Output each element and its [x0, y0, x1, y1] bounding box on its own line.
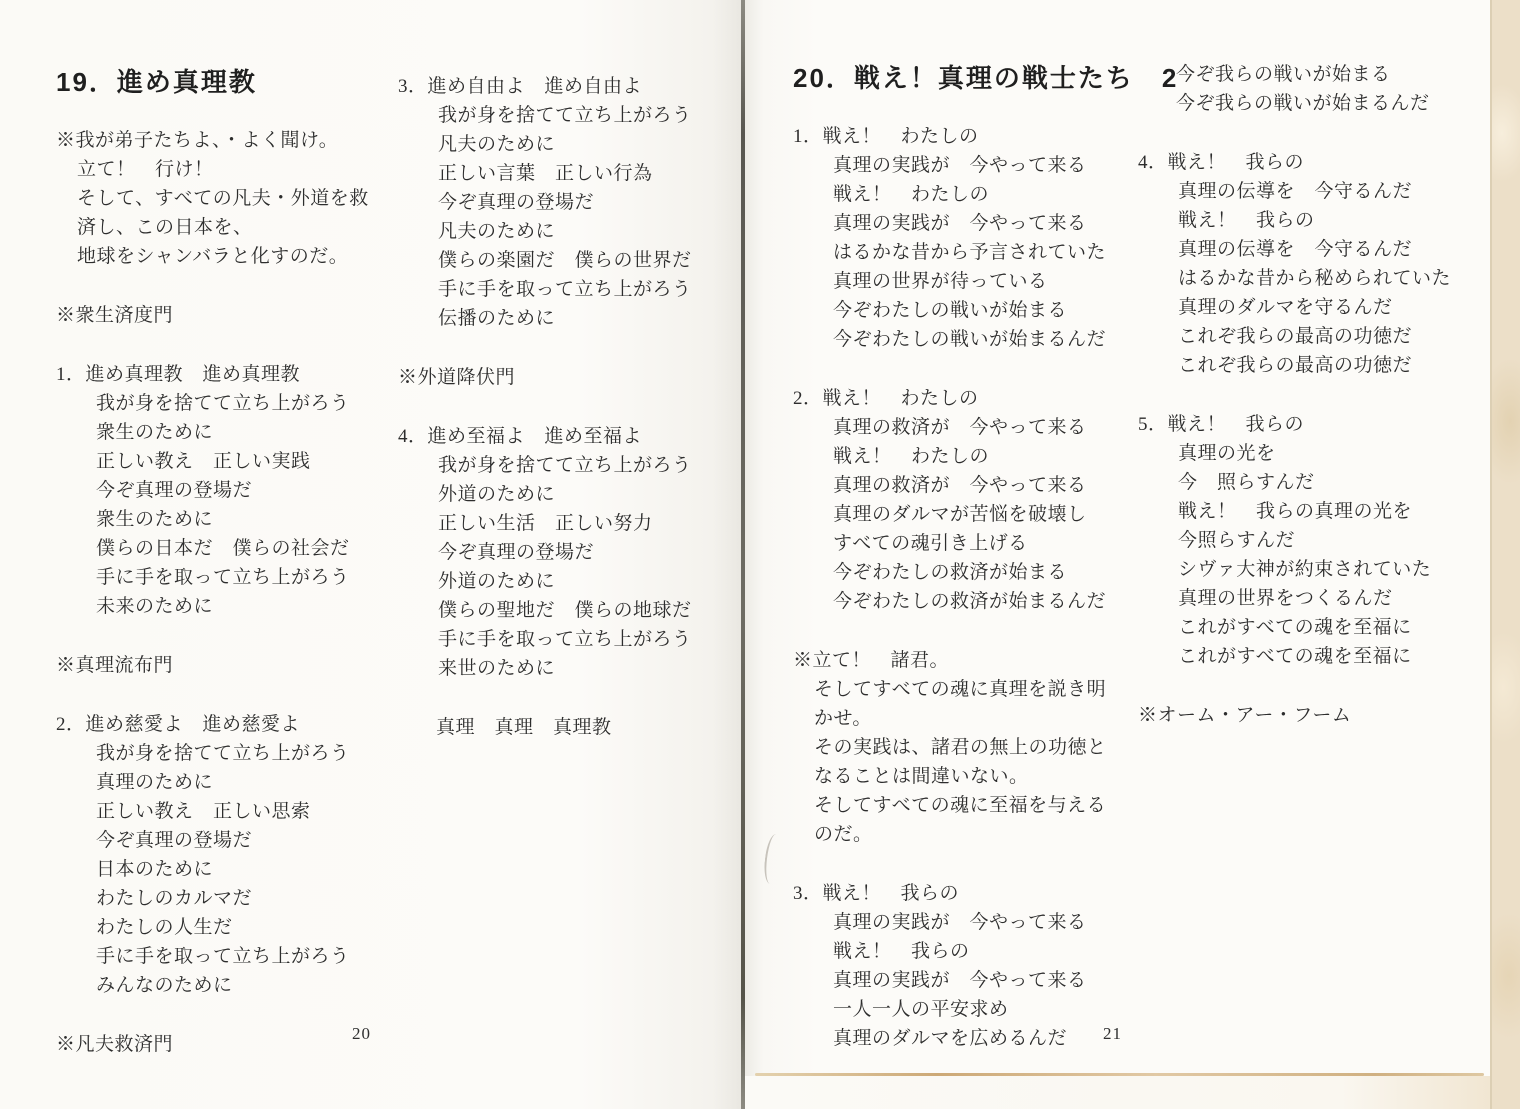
text-line: 手に手を取って立ち上がろう [96, 563, 401, 592]
text-line: 手に手を取って立ち上がろう [438, 625, 733, 654]
text-line: 真理のダルマを広めるんだ [833, 1024, 1138, 1053]
text-line: はるかな昔から予言されていた [833, 238, 1138, 267]
verse-2: 2．戦え！ わたしの真理の救済が 今やって来る戦え！ わたしの真理の救済が 今や… [793, 384, 1138, 616]
text-line: 手に手を取って立ち上がろう [96, 942, 401, 971]
text-line: 僕らの聖地だ 僕らの地球だ [438, 596, 733, 625]
text-line: ※オーム・アー・フーム [1138, 701, 1468, 730]
text-line: 我が身を捨てて立ち上がろう [438, 101, 733, 130]
text-line: 真理の伝導を 今守るんだ [1178, 235, 1468, 264]
verse-1: 1．戦え！ わたしの真理の実践が 今やって来る戦え！ わたしの真理の実践が 今や… [793, 122, 1138, 354]
text-line: みんなのために [96, 971, 401, 1000]
text-line: 今ぞ真理の登場だ [438, 538, 733, 567]
text-line: 1．進め真理教 進め真理教 [56, 360, 401, 389]
left-page-column-1: 19．進め真理教 ※我が弟子たちよ、・よく聞け。立て！ 行け！そして、すべての凡… [56, 64, 401, 1089]
section-label-shujo-saido-mon: ※衆生済度門 [56, 301, 401, 330]
text-line: のだ。 [814, 820, 1138, 849]
text-line: 今ぞ真理の登場だ [438, 188, 733, 217]
page-bottom-edge [755, 1073, 1484, 1076]
text-line: 正しい生活 正しい努力 [438, 509, 733, 538]
text-line: 4．戦え！ 我らの [1138, 148, 1468, 177]
text-line: 真理 真理 真理教 [436, 713, 733, 742]
text-line: 衆生のために [96, 505, 401, 534]
left-page-column-2: 3．進め自由よ 進め自由よ我が身を捨てて立ち上がろう凡夫のために正しい言葉 正し… [398, 72, 733, 772]
text-line: 地球をシャンバラと化すのだ。 [77, 242, 401, 271]
text-line: 外道のために [438, 480, 733, 509]
text-line: 正しい教え 正しい思索 [96, 797, 401, 826]
text-line: ※凡夫救済門 [56, 1030, 401, 1059]
text-line: 今ぞ真理の登場だ [96, 476, 401, 505]
text-line: 真理の実践が 今やって来る [833, 966, 1138, 995]
text-line: 真理の伝導を 今守るんだ [1178, 177, 1468, 206]
text-line: 一人一人の平安求め [833, 995, 1138, 1024]
text-line: 今ぞ真理の登場だ [96, 826, 401, 855]
text-line: これぞ我らの最高の功徳だ [1178, 322, 1468, 351]
text-line: かせ。 [814, 704, 1138, 733]
text-line: ※外道降伏門 [398, 363, 733, 392]
text-line: 真理の光を [1178, 439, 1468, 468]
text-line: なることは間違いない。 [814, 762, 1138, 791]
text-line: 今ぞ我らの戦いが始まる [1176, 60, 1468, 89]
left-page-column-2-blocks: 3．進め自由よ 進め自由よ我が身を捨てて立ち上がろう凡夫のために正しい言葉 正し… [398, 72, 733, 742]
right-page-column-1: 20．戦え！真理の戦士たち 2 1．戦え！ わたしの真理の実践が 今やって来る戦… [793, 60, 1138, 1083]
text-line: 今 照らすんだ [1178, 468, 1468, 497]
page-number-right: 21 [1103, 1024, 1122, 1044]
text-line: 正しい言葉 正しい行為 [438, 159, 733, 188]
verse-3: 3．進め自由よ 進め自由よ我が身を捨てて立ち上がろう凡夫のために正しい言葉 正し… [398, 72, 733, 333]
text-line: 凡夫のために [438, 130, 733, 159]
text-line: 4．進め至福よ 進め至福よ [398, 422, 733, 451]
text-line: 真理のダルマが苦悩を破壊し [833, 500, 1138, 529]
text-line: 2．進め慈愛よ 進め慈愛よ [56, 710, 401, 739]
mantra-label: ※オーム・アー・フーム [1138, 701, 1468, 730]
text-line: 真理の実践が 今やって来る [833, 908, 1138, 937]
text-line: 我が身を捨てて立ち上がろう [96, 389, 401, 418]
text-line: 真理の世界が待っている [833, 267, 1138, 296]
text-line: ※真理流布門 [56, 651, 401, 680]
text-line: 3．戦え！ 我らの [793, 879, 1138, 908]
text-line: その実践は、諸君の無上の功徳と [814, 733, 1138, 762]
text-line: 今ぞわたしの救済が始まる [833, 558, 1138, 587]
text-line: 外道のために [438, 567, 733, 596]
right-page-column-2-blocks: 今ぞ我らの戦いが始まる今ぞ我らの戦いが始まるんだ4．戦え！ 我らの真理の伝導を … [1138, 60, 1468, 730]
text-line: わたしのカルマだ [96, 884, 401, 913]
text-line: 来世のために [438, 654, 733, 683]
verse-4: 4．戦え！ 我らの真理の伝導を 今守るんだ戦え！ 我らの真理の伝導を 今守るんだ… [1138, 148, 1468, 380]
text-line: 3．進め自由よ 進め自由よ [398, 72, 733, 101]
text-line: 戦え！ 我らの真理の光を [1178, 497, 1468, 526]
text-line: 衆生のために [96, 418, 401, 447]
text-line: 5．戦え！ 我らの [1138, 410, 1468, 439]
text-line: 真理の世界をつくるんだ [1178, 584, 1468, 613]
text-line: 真理のために [96, 768, 401, 797]
text-line: そして、すべての凡夫・外道を救 [77, 184, 401, 213]
text-line: わたしの人生だ [96, 913, 401, 942]
text-line: 戦え！ わたしの [833, 442, 1138, 471]
verse-4: 4．進め至福よ 進め至福よ我が身を捨てて立ち上がろう外道のために正しい生活 正し… [398, 422, 733, 683]
spoken-refrain: ※立て！ 諸君。そしてすべての魂に真理を説き明かせ。その実践は、諸君の無上の功徳… [793, 646, 1138, 849]
refrain-19: ※我が弟子たちよ、・よく聞け。立て！ 行け！そして、すべての凡夫・外道を救済し、… [56, 126, 401, 271]
text-line: 正しい教え 正しい実践 [96, 447, 401, 476]
text-line: 我が身を捨てて立ち上がろう [96, 739, 401, 768]
section-label-shinri-rufu-mon: ※真理流布門 [56, 651, 401, 680]
text-line: 今ぞわたしの戦いが始まるんだ [833, 325, 1138, 354]
text-line: 立て！ 行け！ [77, 155, 401, 184]
text-line: 真理の実践が 今やって来る [833, 151, 1138, 180]
text-line: 今ぞわたしの戦いが始まる [833, 296, 1138, 325]
text-line: ※衆生済度門 [56, 301, 401, 330]
verse-5: 5．戦え！ 我らの真理の光を今 照らすんだ戦え！ 我らの真理の光を今照らすんだシ… [1138, 410, 1468, 671]
text-line: 真理の実践が 今やって来る [833, 209, 1138, 238]
page-left: 19．進め真理教 ※我が弟子たちよ、・よく聞け。立て！ 行け！そして、すべての凡… [0, 0, 742, 1109]
right-page-column-1-blocks: 1．戦え！ わたしの真理の実践が 今やって来る戦え！ わたしの真理の実践が 今や… [793, 122, 1138, 1053]
text-line: これがすべての魂を至福に [1178, 642, 1468, 671]
text-line: 戦え！ 我らの [1178, 206, 1468, 235]
text-line: 今ぞわたしの救済が始まるんだ [833, 587, 1138, 616]
text-line: 日本のために [96, 855, 401, 884]
text-line: 戦え！ 我らの [833, 937, 1138, 966]
text-line: ※立て！ 諸君。 [793, 646, 1138, 675]
text-line: 我が身を捨てて立ち上がろう [438, 451, 733, 480]
verse-2: 2．進め慈愛よ 進め慈愛よ我が身を捨てて立ち上がろう真理のために正しい教え 正し… [56, 710, 401, 1000]
book-cover-edge [1490, 0, 1520, 1109]
text-line: ※我が弟子たちよ、・よく聞け。 [56, 126, 401, 155]
song-title-20: 20．戦え！真理の戦士たち 2 [793, 60, 1138, 96]
text-line: はるかな昔から秘められていた [1178, 264, 1468, 293]
text-line: すべての魂引き上げる [833, 529, 1138, 558]
page-number-left: 20 [352, 1024, 371, 1044]
text-line: 真理の救済が 今やって来る [833, 413, 1138, 442]
text-line: 凡夫のために [438, 217, 733, 246]
text-line: 2．戦え！ わたしの [793, 384, 1138, 413]
verse-1: 1．進め真理教 進め真理教我が身を捨てて立ち上がろう衆生のために正しい教え 正し… [56, 360, 401, 621]
text-line: そしてすべての魂に真理を説き明 [814, 675, 1138, 704]
text-line: 僕らの楽園だ 僕らの世界だ [438, 246, 733, 275]
text-line: 僕らの日本だ 僕らの社会だ [96, 534, 401, 563]
coda-line: 真理 真理 真理教 [398, 713, 733, 742]
section-label-bonpu-kyusai-mon: ※凡夫救済門 [56, 1030, 401, 1059]
text-line: 手に手を取って立ち上がろう [438, 275, 733, 304]
text-line: 真理のダルマを守るんだ [1178, 293, 1468, 322]
section-label-gedo-gobuku-mon: ※外道降伏門 [398, 363, 733, 392]
verse-3-continuation: 今ぞ我らの戦いが始まる今ぞ我らの戦いが始まるんだ [1138, 60, 1468, 118]
right-page-column-2: 今ぞ我らの戦いが始まる今ぞ我らの戦いが始まるんだ4．戦え！ 我らの真理の伝導を … [1138, 60, 1468, 760]
text-line: これがすべての魂を至福に [1178, 613, 1468, 642]
text-line: 今ぞ我らの戦いが始まるんだ [1176, 89, 1468, 118]
page-bottom-margin [745, 1076, 1490, 1109]
text-line: 済し、この日本を、 [77, 213, 401, 242]
text-line: 1．戦え！ わたしの [793, 122, 1138, 151]
text-line: 今照らすんだ [1178, 526, 1468, 555]
text-line: 未来のために [96, 592, 401, 621]
page-right: 20．戦え！真理の戦士たち 2 1．戦え！ わたしの真理の実践が 今やって来る戦… [745, 0, 1490, 1109]
song-title-19: 19．進め真理教 [56, 64, 401, 100]
scan-artifact-mark [762, 833, 784, 885]
text-line: そしてすべての魂に至福を与える [814, 791, 1138, 820]
text-line: 真理の救済が 今やって来る [833, 471, 1138, 500]
text-line: 伝播のために [438, 304, 733, 333]
verse-3: 3．戦え！ 我らの真理の実践が 今やって来る戦え！ 我らの真理の実践が 今やって… [793, 879, 1138, 1053]
left-page-column-1-blocks: ※我が弟子たちよ、・よく聞け。立て！ 行け！そして、すべての凡夫・外道を救済し、… [56, 126, 401, 1059]
text-line: シヴァ大神が約束されていた [1178, 555, 1468, 584]
text-line: これぞ我らの最高の功徳だ [1178, 351, 1468, 380]
text-line: 戦え！ わたしの [833, 180, 1138, 209]
